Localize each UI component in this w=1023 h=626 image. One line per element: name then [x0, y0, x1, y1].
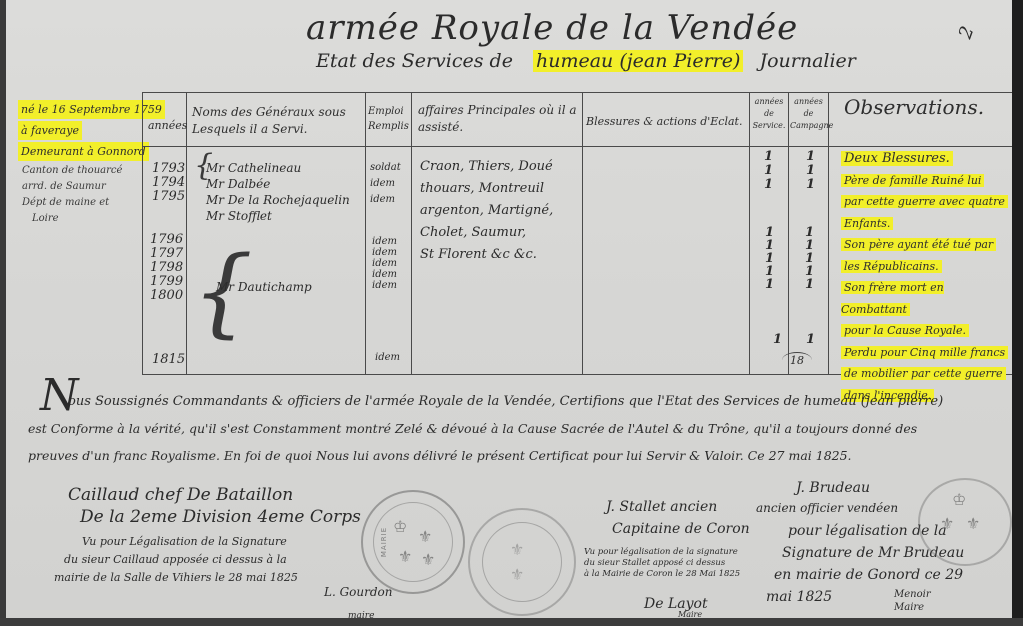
certificate-line: est Conforme à la vérité, qu'il s'est Co… — [28, 415, 1013, 442]
subject-occupation: Journalier — [759, 50, 855, 72]
header-generaux: Noms des Généraux sous Lesquels il a Ser… — [192, 104, 362, 138]
year: 1815 — [152, 352, 185, 367]
campaign-mark: 1 — [805, 278, 814, 291]
year: 1800 — [150, 289, 183, 303]
col-border — [365, 92, 366, 374]
legalisation-line: en mairie de Gonord ce 29 — [774, 564, 964, 586]
fleur-de-lis-icon: ⚜ — [418, 527, 432, 546]
emploi: soldat — [370, 160, 401, 176]
emploi: idem — [372, 269, 397, 280]
document-page: armée Royale de la Vendée Etat des Servi… — [0, 0, 1018, 618]
campaign-marks-2: 1 1 1 1 1 — [805, 226, 814, 291]
header-emplois: Emploi Remplis — [368, 104, 408, 134]
signature-line: De la 2eme Division 4eme Corps — [68, 506, 361, 528]
stamp-text: MAIRIE — [380, 527, 388, 557]
general: Mr Dalbée — [206, 176, 350, 192]
header-annees: années — [148, 118, 187, 133]
header-affaires: affaires Principales où il a assisté. — [418, 102, 578, 136]
signature-line: Caillaud chef De Bataillon — [68, 484, 361, 506]
observation: Son père ayant été tué par — [841, 238, 996, 251]
emploi: idem — [375, 350, 400, 365]
affaires-list: Craon, Thiers, Doué thouars, Montreuil a… — [420, 156, 553, 266]
legalisation-left: Vu pour Légalisation de la Signature du … — [54, 533, 298, 587]
legalisation-line: Vu pour Légalisation de la Signature — [54, 533, 298, 551]
affaire: Craon, Thiers, Doué — [420, 156, 553, 178]
brudeau-title: ancien officier vendéen — [756, 498, 898, 518]
origin-department: Dépt de maine et — [22, 195, 122, 211]
signature-line: Capitaine de Coron — [606, 518, 750, 540]
certificate-text: N ous Soussignés Commandants & officiers… — [68, 388, 1013, 469]
observation: Perdu pour Cinq mille francs — [841, 346, 1008, 359]
campaign-mark: 1 — [806, 178, 815, 192]
emploi: idem — [372, 258, 397, 269]
origin-department-2: Loire — [22, 211, 122, 227]
general: Mr De la Rochejaquelin — [206, 192, 350, 208]
observation: Deux Blessures. — [841, 151, 953, 166]
stamp-salle-de-vihiers: MAIRIE ♔ ⚜ ⚜ ⚜ — [361, 490, 465, 594]
campaign-mark: 1 — [806, 164, 815, 178]
header-observations: Observations. — [844, 100, 984, 115]
document-title: armée Royale de la Vendée — [306, 8, 798, 48]
page-number: 2 — [955, 24, 979, 42]
menoir-name: Menoir — [894, 588, 931, 601]
observation: les Républicains. — [841, 260, 942, 273]
origin-info: Canton de thouarcé arrd. de Saumur Dépt … — [22, 163, 122, 227]
col-border — [828, 92, 829, 374]
emplois-group-1: soldat idem idem — [370, 160, 401, 208]
stamp-gonnord: ♔ ⚜ ⚜ — [918, 478, 1012, 566]
fleur-de-lis-icon: ⚜ — [966, 514, 980, 533]
emploi: idem — [372, 280, 397, 291]
crown-icon: ♔ — [393, 517, 407, 536]
affaire: thouars, Montreuil — [420, 178, 553, 200]
service-mark: 1 — [764, 164, 773, 178]
campaign-marks-1: 1 1 1 — [806, 150, 815, 192]
general: Mr Cathelineau — [206, 160, 350, 176]
header-annees-campagne: années de Campagne — [790, 96, 827, 132]
fleur-de-lis-icon: ⚜ — [510, 540, 524, 559]
legalisation-line: du sieur Caillaud apposée ci dessus à la — [54, 551, 298, 569]
year: 1795 — [152, 190, 185, 204]
legalisation-line: mai 1825 — [766, 586, 964, 608]
year: 1797 — [150, 247, 183, 261]
years-group-1: 1793 1794 1795 — [152, 162, 185, 204]
brudeau-signature: J. Brudeau — [796, 478, 870, 498]
subject-name: humeau (jean Pierre) — [533, 50, 743, 72]
origin-canton: Canton de thouarcé — [22, 163, 122, 179]
fleur-de-lis-icon: ⚜ — [398, 547, 412, 566]
legalisation-line: mairie de la Salle de Vihiers le 28 mai … — [54, 569, 298, 587]
observation: Enfants. — [841, 217, 893, 230]
menoir-signature: Menoir Maire — [894, 588, 931, 614]
years-group-2: 1796 1797 1798 1799 1800 — [150, 233, 183, 303]
header-actions: Blessures & actions d'Eclat. — [586, 114, 746, 129]
origin-arrondissement: arrd. de Saumur — [22, 179, 122, 195]
certificate-line: ous Soussignés Commandants & officiers d… — [68, 388, 1013, 415]
service-marks-2: 1 1 1 1 1 — [765, 226, 774, 291]
year: 1798 — [150, 261, 183, 275]
menoir-title: Maire — [894, 601, 931, 614]
affaire: Cholet, Saumur, — [420, 222, 553, 244]
year: 1793 — [152, 162, 185, 176]
legalisation-line: à la Mairie de Coron le 28 Mai 1825 — [584, 569, 740, 580]
emploi: idem — [370, 192, 401, 208]
birth-place: à faveraye — [18, 121, 82, 140]
caillaud-signature: Caillaud chef De Bataillon De la 2eme Di… — [68, 484, 361, 528]
emplois-group-2: idem idem idem idem idem — [372, 236, 397, 291]
affaire: argenton, Martigné, — [420, 200, 553, 222]
observations-list: Deux Blessures. Père de famille Ruiné lu… — [841, 148, 1011, 406]
residence: Demeurant à Gonnord — [18, 142, 149, 161]
fleur-de-lis-icon: ⚜ — [510, 565, 524, 584]
emploi: idem — [372, 236, 397, 247]
stallet-signature: J. Stallet ancien Capitaine de Coron — [606, 496, 750, 540]
legalisation-line: du sieur Stallet apposé ci dessus — [584, 558, 740, 569]
total-years: 18 — [782, 352, 812, 368]
year: 1799 — [150, 275, 183, 289]
legalisation-line: Vu pour légalisation de la signature — [584, 547, 740, 558]
service-mark: 1 — [773, 332, 782, 347]
emploi: idem — [370, 176, 401, 192]
observation: Père de famille Ruiné lui — [841, 174, 984, 187]
crown-icon: ♔ — [952, 490, 966, 509]
service-mark: 1 — [765, 278, 774, 291]
gourdon-signature: L. Gourdon — [324, 582, 393, 602]
col-border — [186, 92, 187, 374]
col-border — [142, 92, 143, 374]
subtitle-prefix: Etat des Services de — [316, 50, 513, 72]
certificate-initial: N — [40, 382, 79, 409]
observation: de mobilier par cette guerre — [841, 367, 1006, 380]
stamp-coron: ⚜ ⚜ — [468, 508, 576, 616]
fleur-de-lis-icon: ⚜ — [421, 550, 435, 569]
legalisation-middle: Vu pour légalisation de la signature du … — [584, 547, 740, 580]
observation: pour la Cause Royale. — [841, 324, 969, 337]
certificate-line: preuves d'un franc Royalisme. En foi de … — [28, 442, 1013, 469]
affaire: St Florent &c &c. — [420, 244, 553, 266]
table-top-border — [142, 92, 1012, 93]
general: Mr Stofflet — [206, 208, 350, 224]
signature-line: J. Stallet ancien — [606, 496, 750, 518]
scan-edge-right — [1012, 0, 1023, 626]
header-annees-service: années de Service. — [751, 96, 787, 132]
year: 1794 — [152, 176, 185, 190]
service-marks-1: 1 1 1 — [764, 150, 773, 192]
observation: par cette guerre avec quatre — [841, 195, 1008, 208]
generals-group-1: Mr Cathelineau Mr Dalbée Mr De la Rochej… — [206, 160, 350, 224]
col-border — [582, 92, 583, 374]
emploi: idem — [372, 247, 397, 258]
col-border — [788, 92, 789, 374]
table-header-border — [142, 146, 1012, 147]
campaign-mark: 1 — [806, 150, 815, 164]
fleur-de-lis-icon: ⚜ — [940, 514, 954, 533]
service-mark: 1 — [764, 178, 773, 192]
col-border — [749, 92, 750, 374]
scan-edge-bottom — [0, 618, 1023, 626]
campaign-mark: 1 — [806, 332, 815, 347]
observation: Son frère mort en Combattant — [841, 281, 944, 316]
service-mark: 1 — [764, 150, 773, 164]
document-subtitle: Etat des Services de humeau (jean Pierre… — [316, 50, 856, 72]
year: 1796 — [150, 233, 183, 247]
general: Mr Dautichamp — [216, 280, 312, 295]
col-border — [411, 92, 412, 374]
